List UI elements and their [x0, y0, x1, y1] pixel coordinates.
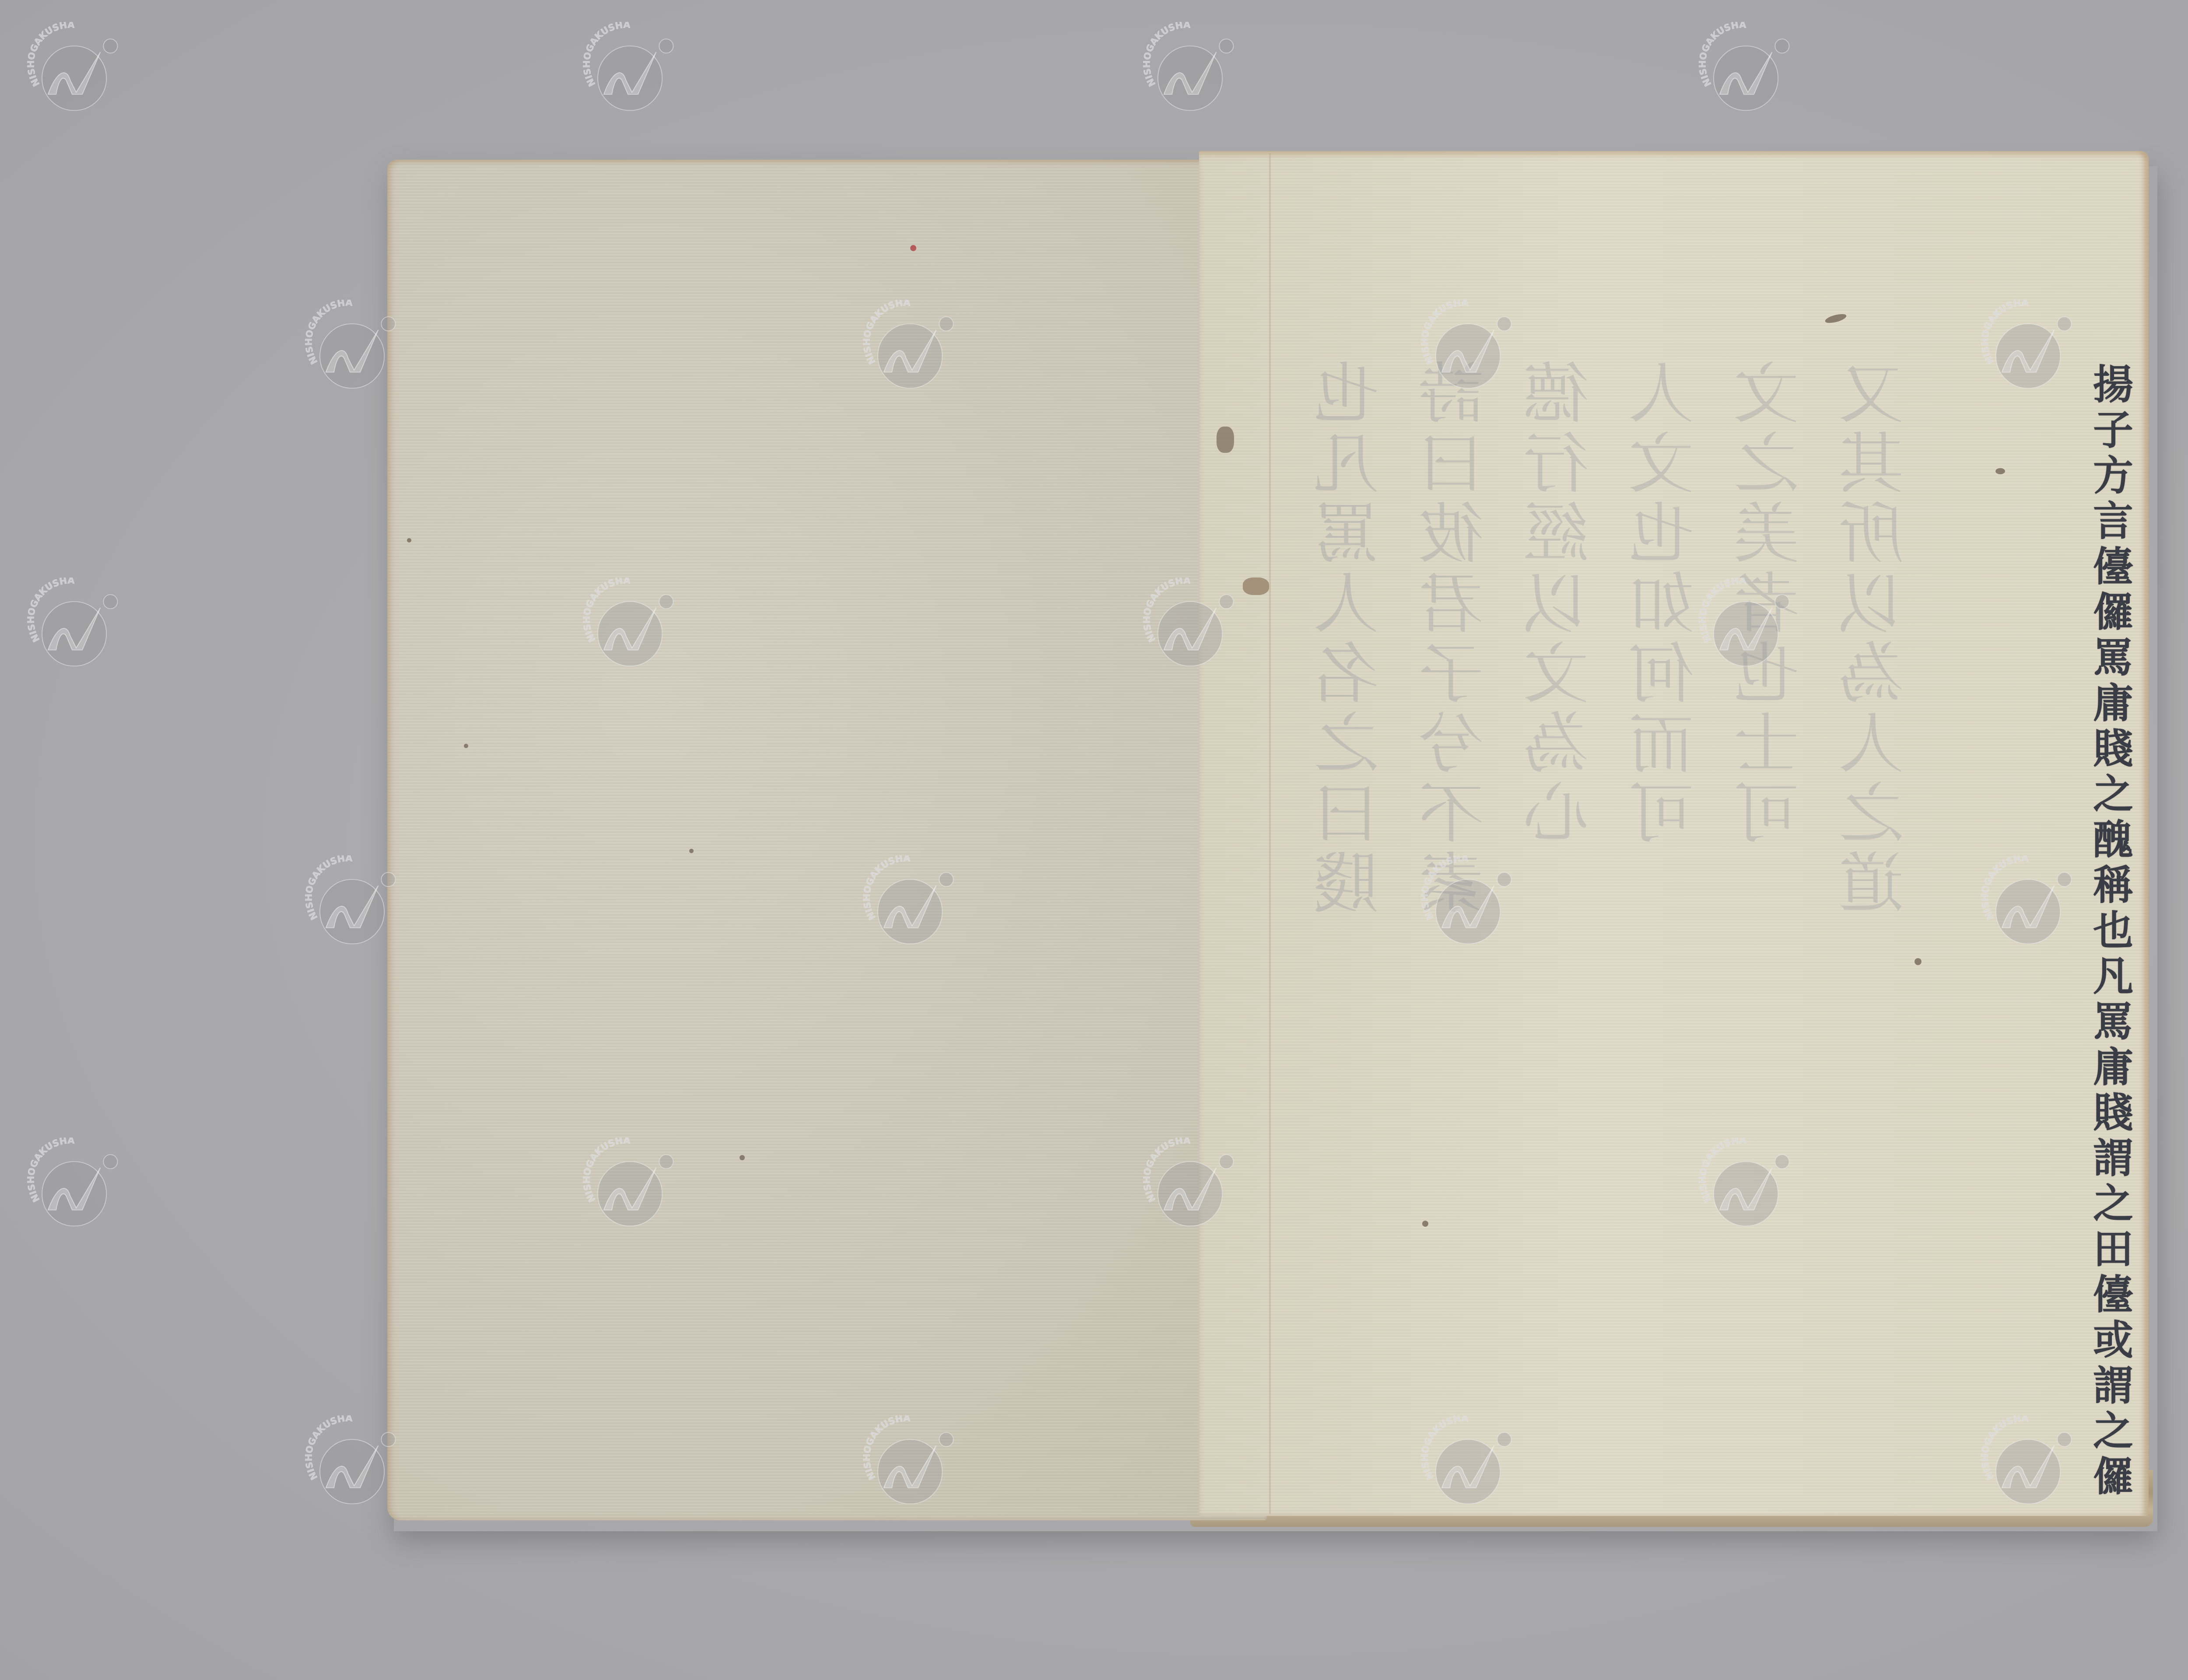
left-page	[387, 160, 1267, 1520]
ghost-column: 文之美者也士可	[1733, 359, 1812, 1409]
spine-fold	[1269, 153, 1271, 1514]
ink-speck	[464, 744, 468, 748]
ink-speck	[1422, 1221, 1428, 1227]
ink-speck	[1995, 468, 2005, 474]
ink-speck	[1243, 577, 1269, 595]
bleed-through-text: 也凡罵人名之曰賤 詩曰彼君子兮不素 德行經以文為心 人文也如何而可 文之美者也士…	[1313, 359, 2013, 1409]
ink-speck	[407, 538, 411, 542]
ink-speck	[910, 245, 916, 251]
ghost-column: 又其所以為人之道	[1838, 359, 1917, 1409]
ink-speck	[1217, 427, 1234, 453]
ink-speck	[689, 849, 694, 853]
ghost-column: 人文也如何而可	[1628, 359, 1707, 1409]
ghost-column: 詩曰彼君子兮不素	[1418, 359, 1497, 1409]
ink-speck	[740, 1155, 745, 1160]
manuscript-text-column: 揚子方言儓儸罵庸賤之醜稱也凡罵庸賤謂之田儓或謂之儸	[2081, 363, 2139, 1501]
ghost-column: 德行經以文為心	[1523, 359, 1602, 1409]
ink-speck	[1914, 958, 1922, 965]
ghost-column: 也凡罵人名之曰賤	[1313, 359, 1392, 1409]
